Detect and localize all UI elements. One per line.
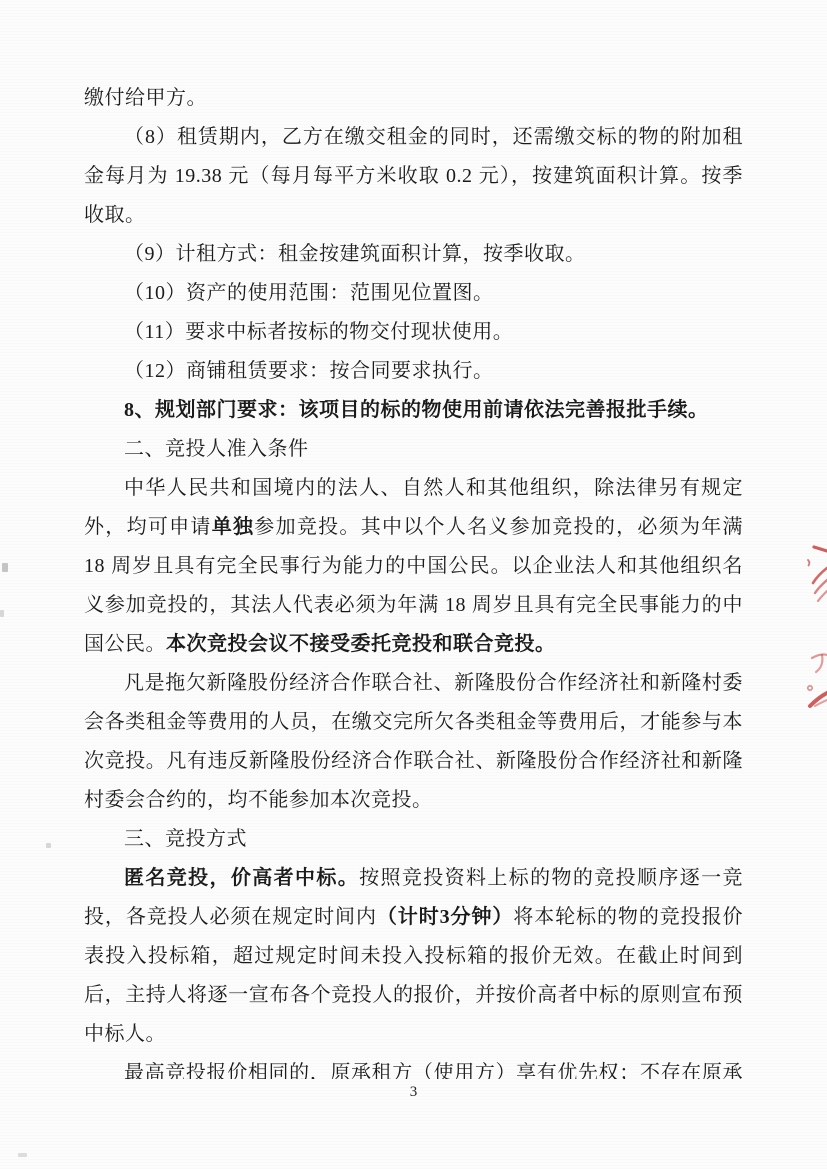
scan-artifact — [18, 1153, 27, 1157]
paragraph: （10）资产的使用范围：范围见位置图。 — [84, 274, 743, 313]
paragraph: 凡是拖欠新隆股份经济合作联合社、新隆股份合作经济社和新隆村委会各类租金等费用的人… — [84, 664, 743, 820]
text-run: 凡是拖欠新隆股份经济合作联合社、新隆股份合作经济社和新隆村委会各类租金等费用的人… — [84, 672, 743, 811]
text-run: 8、规划部门要求：该项目的标的物使用前请依法完善报批手续。 — [124, 399, 709, 421]
text-run: 二、竞投人准入条件 — [124, 438, 309, 460]
document-body: 缴付给甲方。 （8）租赁期内，乙方在缴交租金的同时，还需缴交标的物的附加租金每月… — [84, 60, 743, 1079]
document-page: 缴付给甲方。 （8）租赁期内，乙方在缴交租金的同时，还需缴交标的物的附加租金每月… — [0, 0, 827, 1169]
paragraph: （9）计租方式：租金按建筑面积计算，按季收取。 — [84, 235, 743, 274]
text-run: （计时3分钟） — [377, 906, 513, 928]
text-run: （8）租赁期内，乙方在缴交租金的同时，还需缴交标的物的附加租金每月为 19.38… — [84, 126, 743, 226]
text-run: 单独 — [212, 516, 255, 538]
red-ink-mark-top — [801, 540, 827, 612]
scan-artifact — [0, 610, 4, 617]
paragraph: 最高竞投报价相同的，原承租方（使用方）享有优先权；不存在原承租方（使用方)的，则… — [84, 1054, 743, 1079]
paragraph: 中华人民共和国境内的法人、自然人和其他组织，除法律另有规定外，均可申请单独参加竞… — [84, 469, 743, 664]
paragraph-heading-8: 8、规划部门要求：该项目的标的物使用前请依法完善报批手续。 — [84, 391, 743, 430]
paragraph: （12）商铺租赁要求：按合同要求执行。 — [84, 352, 743, 391]
scan-artifact — [46, 843, 51, 848]
section-heading-2: 二、竞投人准入条件 — [84, 430, 743, 469]
paragraph: 缴付给甲方。 — [84, 79, 743, 118]
text-run: 三、竞投方式 — [124, 828, 247, 850]
text-run: （11）要求中标者按标的物交付现状使用。 — [124, 321, 513, 343]
text-run: 最高竞投报价相同的，原承租方（使用方）享有优先权；不存在原承租方（使用方)的，则… — [84, 1062, 743, 1079]
text-run: 缴付给甲方。 — [84, 87, 207, 109]
page-number: 3 — [84, 1082, 743, 1102]
paragraph: 匿名竞投，价高者中标。按照竞投资料上标的物的竞投顺序逐一竞投，各竞投人必须在规定… — [84, 859, 743, 1054]
paragraph: （11）要求中标者按标的物交付现状使用。 — [84, 313, 743, 352]
text-run: 匿名竞投，价高者中标。 — [124, 867, 359, 889]
section-heading-3: 三、竞投方式 — [84, 820, 743, 859]
text-run: 本次竞投会议不接受委托竞投和联合竞投。 — [166, 633, 556, 655]
red-ink-mark-bottom — [801, 648, 827, 714]
scan-artifact — [2, 563, 8, 572]
paragraph: （8）租赁期内，乙方在缴交租金的同时，还需缴交标的物的附加租金每月为 19.38… — [84, 118, 743, 235]
text-run: （10）资产的使用范围：范围见位置图。 — [124, 282, 494, 304]
text-run: （9）计租方式：租金按建筑面积计算，按季收取。 — [124, 243, 586, 265]
text-run: （12）商铺租赁要求：按合同要求执行。 — [124, 360, 494, 382]
